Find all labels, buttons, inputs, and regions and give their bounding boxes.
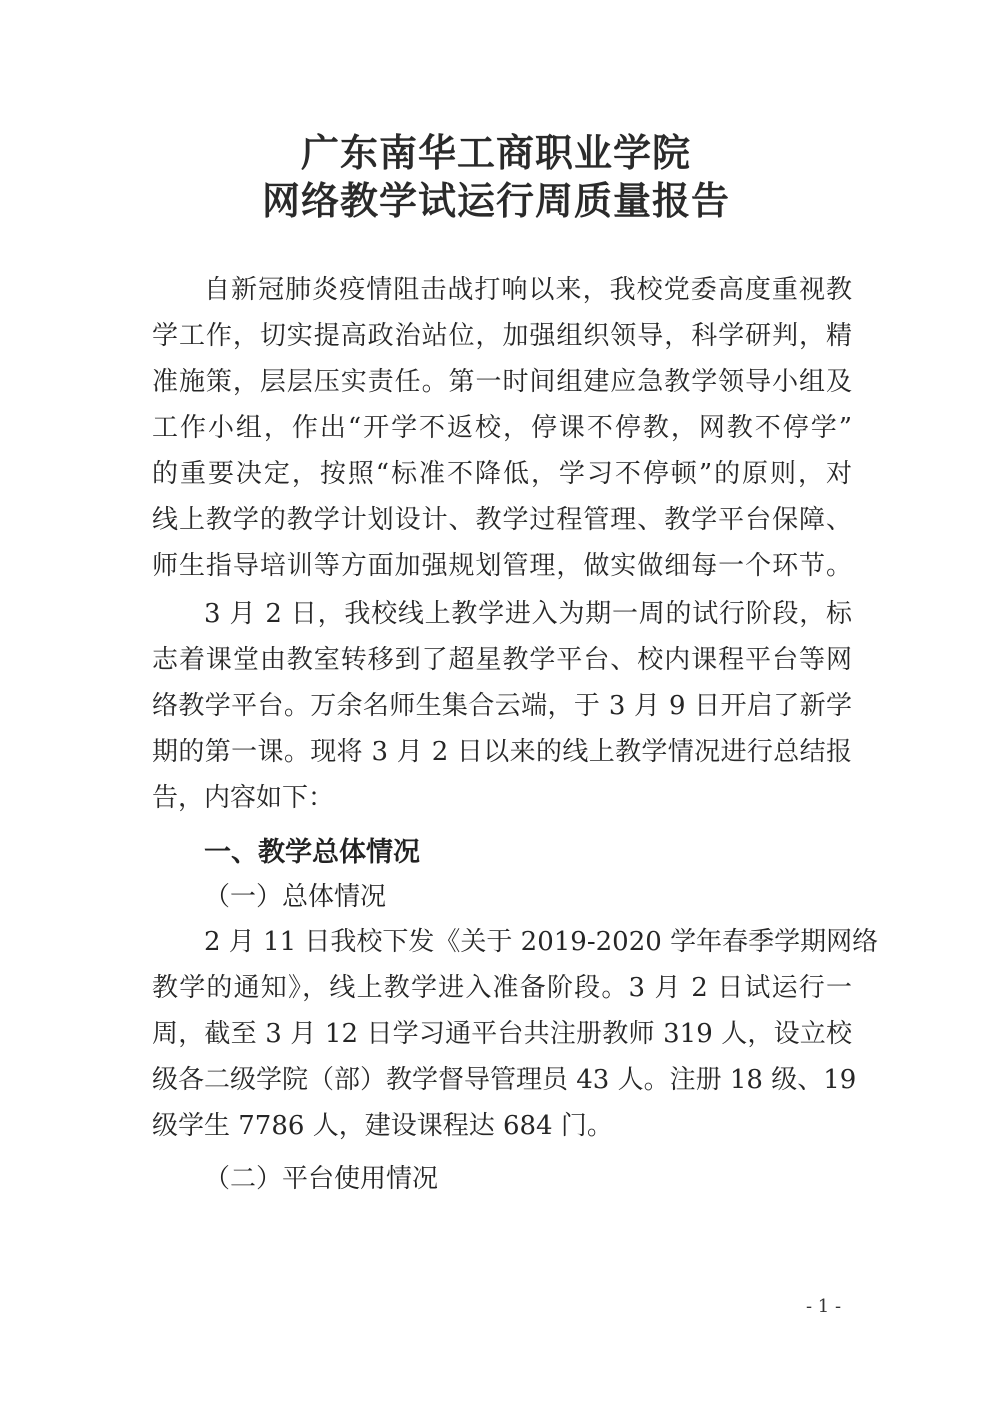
page-number: - 1 -: [806, 1296, 841, 1317]
document-title-line1: 广东南华工商职业学院: [0, 122, 992, 177]
text-line: 期的第一课。现将 3 月 2 日以来的线上教学情况进行总结报: [152, 734, 852, 770]
text-line: 3 月 2 日，我校线上教学进入为期一周的试行阶段，标: [204, 596, 852, 632]
section-heading: 一、教学总体情况: [204, 830, 420, 869]
text-line: 志着课堂由教室转移到了超星教学平台、校内课程平台等网: [152, 642, 852, 678]
text-line: 级各二级学院（部）教学督导管理员 43 人。注册 18 级、19: [152, 1062, 852, 1098]
text-line: 线上教学的教学计划设计、教学过程管理、教学平台保障、: [152, 502, 852, 538]
text-line: 准施策，层层压实责任。第一时间组建应急教学领导小组及: [152, 364, 852, 400]
text-line: 2 月 11 日我校下发《关于 2019-2020 学年春季学期网络: [204, 924, 852, 960]
text-line: 的重要决定，按照“标准不降低，学习不停顿”的原则，对: [152, 456, 852, 492]
subsection-heading: （二）平台使用情况: [204, 1158, 438, 1195]
text-line: 学工作，切实提高政治站位，加强组织领导，科学研判，精: [152, 318, 852, 354]
text-line: 教学的通知》，线上教学进入准备阶段。3 月 2 日试运行一: [152, 970, 852, 1006]
text-line: 自新冠肺炎疫情阻击战打响以来，我校党委高度重视教: [204, 272, 852, 308]
text-line: 工作小组，作出“开学不返校，停课不停教，网教不停学”: [152, 410, 852, 446]
text-line: 周，截至 3 月 12 日学习通平台共注册教师 319 人，设立校: [152, 1016, 852, 1052]
text-line: 告，内容如下：: [152, 780, 852, 816]
text-line: 师生指导培训等方面加强规划管理，做实做细每一个环节。: [152, 548, 852, 584]
text-line: 级学生 7786 人，建设课程达 684 门。: [152, 1108, 852, 1144]
document-title-line2: 网络教学试运行周质量报告: [0, 170, 992, 225]
subsection-heading: （一）总体情况: [204, 876, 386, 913]
text-line: 络教学平台。万余名师生集合云端，于 3 月 9 日开启了新学: [152, 688, 852, 724]
